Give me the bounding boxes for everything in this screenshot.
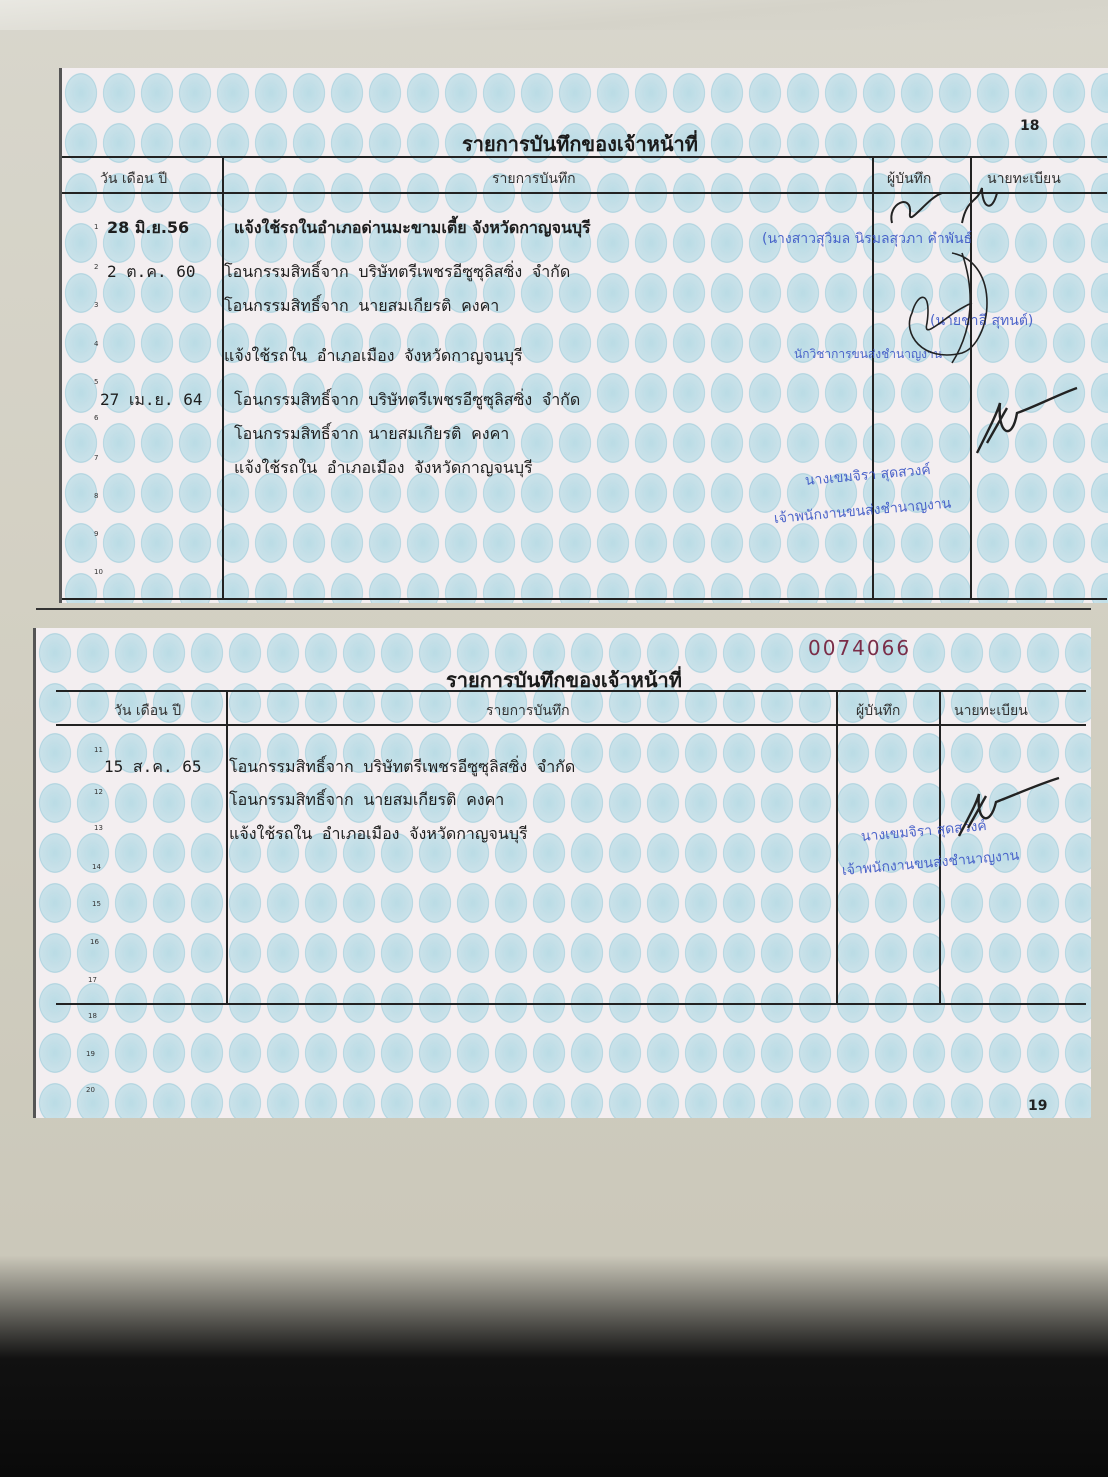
- serial-number: 0074066: [808, 636, 911, 660]
- entry-date: 28 มิ.ย.56: [107, 216, 189, 241]
- row-number: 8: [94, 492, 98, 500]
- row-number: 6: [94, 414, 98, 422]
- page-number: 19: [1028, 1098, 1047, 1114]
- signature-icon: [892, 243, 1002, 373]
- entry-line: โอนกรรมสิทธิ์จาก นายสมเกียรติ คงคา: [234, 422, 509, 447]
- row-number: 13: [94, 824, 103, 832]
- signature-icon: [972, 383, 1082, 463]
- row-number: 17: [88, 976, 97, 984]
- officer-title-stamp: เจ้าพนักงานขนส่งชำนาญงาน: [841, 845, 1020, 882]
- row-number: 16: [90, 938, 99, 946]
- column-header-date: วัน เดือน ปี: [100, 168, 167, 190]
- page-18: รายการบันทึกของเจ้าหน้าที่ 18 วัน เดือน …: [59, 68, 1108, 603]
- registration-booklet: รายการบันทึกของเจ้าหน้าที่ 18 วัน เดือน …: [33, 68, 1091, 1138]
- page-fold-line: [36, 608, 1091, 610]
- row-number: 20: [86, 1086, 95, 1094]
- table-top-border: [62, 156, 1107, 158]
- entry-date: 15 ส.ค. 65: [104, 755, 202, 780]
- entry-line: แจ้งใช้รถในอำเภอด่านมะขามเตี้ย จังหวัดกา…: [234, 216, 591, 241]
- signature-icon: [882, 183, 1002, 243]
- column-divider: [872, 156, 874, 598]
- column-header-entry: รายการบันทึก: [492, 168, 576, 190]
- row-number: 18: [88, 1012, 97, 1020]
- entry-line: โอนกรรมสิทธิ์จาก นายสมเกียรติ คงคา: [229, 788, 504, 813]
- page-19: 0074066 รายการบันทึกของเจ้าหน้าที่ 19 วั…: [33, 628, 1091, 1118]
- page-number: 18: [1020, 118, 1039, 134]
- entry-line: แจ้งใช้รถใน อำเภอเมือง จังหวัดกาญจนบุรี: [224, 344, 523, 369]
- entry-line: แจ้งใช้รถใน อำเภอเมือง จังหวัดกาญจนบุรี: [234, 456, 533, 481]
- table-bottom-border: [56, 1003, 1086, 1005]
- header-bottom-border: [56, 724, 1086, 726]
- column-divider: [836, 690, 838, 1003]
- row-number: 5: [94, 378, 98, 386]
- table-top-border: [56, 690, 1086, 692]
- column-divider: [939, 690, 941, 1003]
- table-bottom-border: [62, 598, 1107, 600]
- officer-title-stamp: เจ้าพนักงานขนส่งชำนาญงาน: [773, 493, 952, 530]
- row-number: 15: [92, 900, 101, 908]
- entry-line: โอนกรรมสิทธิ์จาก บริษัทตรีเพชรอีซูซุลิสซ…: [224, 260, 570, 285]
- row-number: 1: [94, 223, 98, 231]
- background-shadow: [0, 0, 1108, 30]
- column-header-date: วัน เดือน ปี: [114, 700, 181, 722]
- row-number: 3: [94, 301, 98, 309]
- row-number: 4: [94, 340, 98, 348]
- entry-date: 2 ต.ค. 60: [107, 260, 196, 285]
- row-number: 19: [86, 1050, 95, 1058]
- row-number: 14: [92, 863, 101, 871]
- officer-stamp: นางเขมจิรา สุดสวงค์: [804, 459, 932, 492]
- entry-date: 27 เม.ย. 64: [100, 388, 202, 413]
- column-header-entry: รายการบันทึก: [486, 700, 570, 722]
- row-number: 11: [94, 746, 103, 754]
- column-header-recorder: ผู้บันทึก: [856, 700, 900, 722]
- row-number: 10: [94, 568, 103, 576]
- column-header-registrar: นายทะเบียน: [954, 700, 1028, 722]
- row-number: 7: [94, 454, 98, 462]
- column-divider: [222, 156, 224, 598]
- entry-line: โอนกรรมสิทธิ์จาก นายสมเกียรติ คงคา: [224, 294, 499, 319]
- signature-icon: [954, 776, 1064, 846]
- entry-line: แจ้งใช้รถใน อำเภอเมือง จังหวัดกาญจนบุรี: [229, 822, 528, 847]
- row-number: 9: [94, 530, 98, 538]
- row-number: 2: [94, 263, 98, 271]
- column-divider: [226, 690, 228, 1003]
- row-number: 12: [94, 788, 103, 796]
- entry-line: โอนกรรมสิทธิ์จาก บริษัทตรีเพชรอีซูซุลิสซ…: [234, 388, 580, 413]
- entry-line: โอนกรรมสิทธิ์จาก บริษัทตรีเพชรอีซูซุลิสซ…: [229, 755, 575, 780]
